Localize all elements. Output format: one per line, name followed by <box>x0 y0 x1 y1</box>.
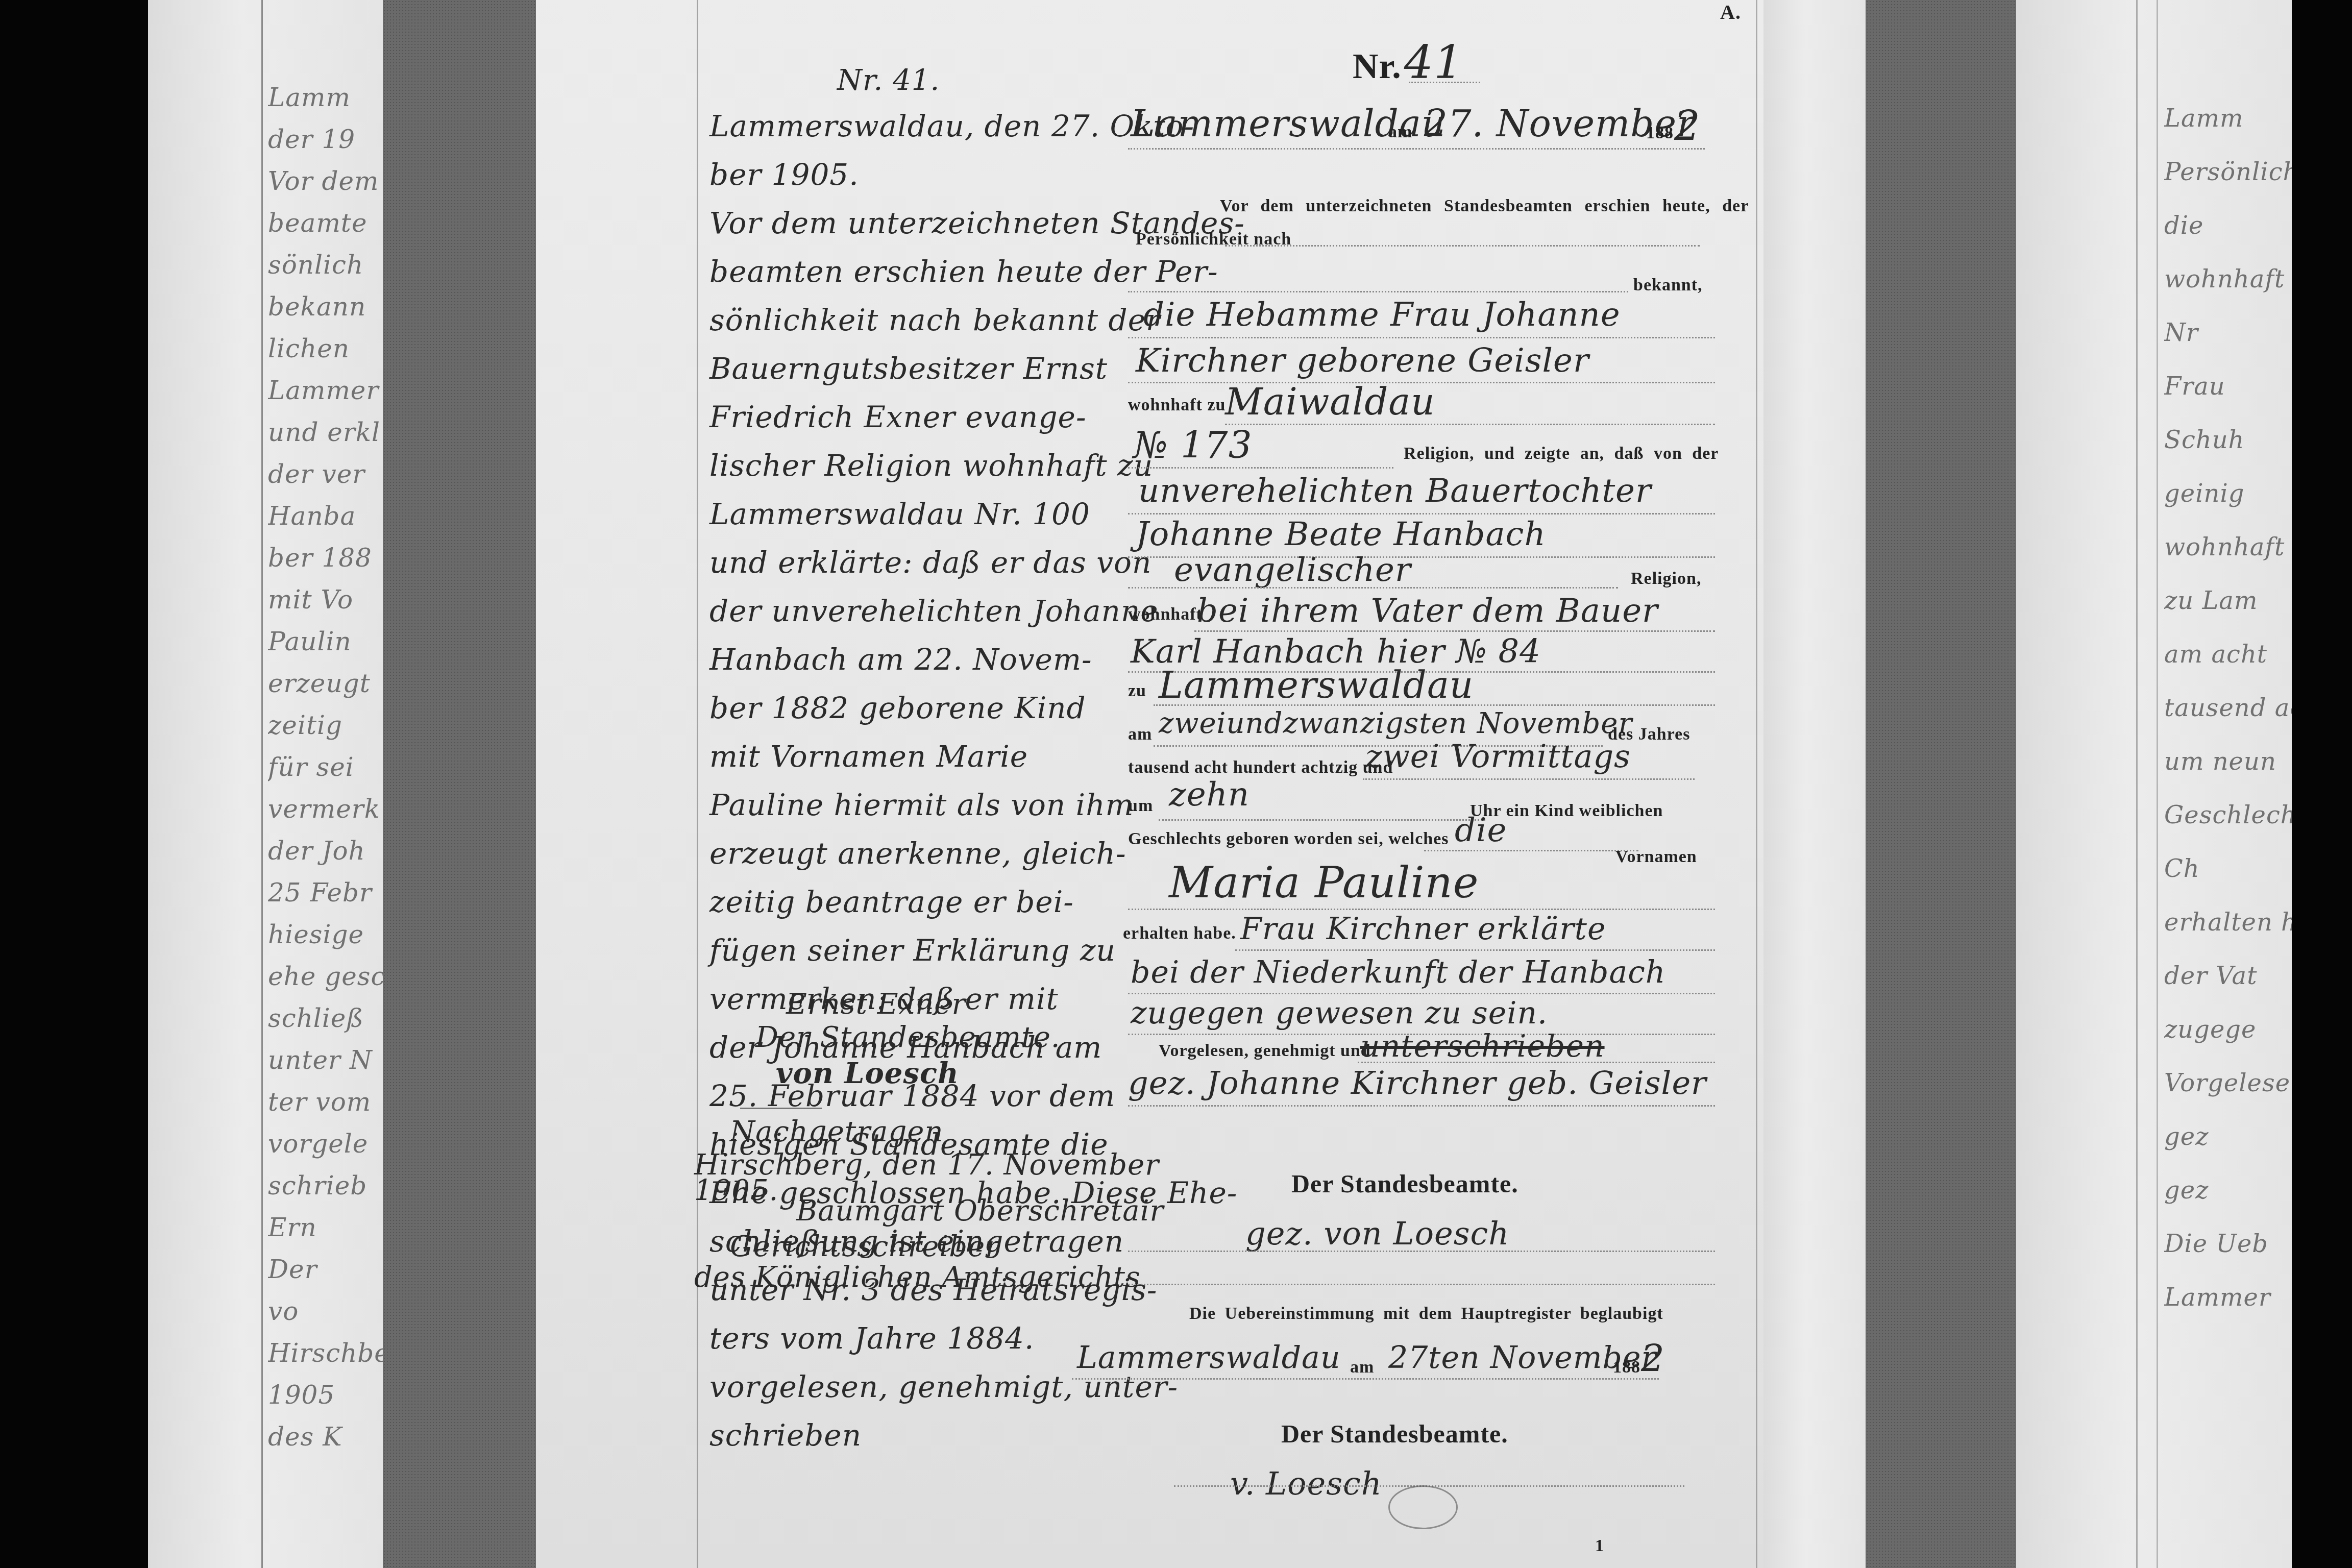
right-page-rule-2 <box>2157 0 2158 1568</box>
right-fragment-line: der Vat <box>2164 949 2292 1003</box>
cert-year-prefix: 188 <box>1613 1358 1640 1377</box>
time-value: zehn <box>1169 776 1249 814</box>
clerk-title: Gerichtsschreiber <box>730 1230 999 1263</box>
right-fragment-line: Frau <box>2164 360 2292 413</box>
right-gap-strip <box>1763 0 1868 1568</box>
registrar-signature: gez. von Loesch <box>1245 1215 1509 1252</box>
right-fragment-line: Ch <box>2164 842 2292 896</box>
right-fragment-line: die <box>2164 199 2292 253</box>
record-number-line <box>1409 82 1480 83</box>
intro-text: Vor dem unterzeichneten Standesbeamten e… <box>1220 197 1749 216</box>
transfer-year: 1905. <box>694 1174 778 1207</box>
margin-official-title: Der Standesbeamte. <box>755 1021 1061 1054</box>
margin-note-line: fügen seiner Erklärung zu <box>709 926 1143 975</box>
margin-note-line: Bauerngutsbesitzer Ernst <box>709 345 1143 393</box>
residence-value: Maiwaldau <box>1225 380 1435 423</box>
left-fragment-line: vermerk <box>268 788 383 830</box>
die-value: die <box>1455 812 1507 849</box>
right-fragment-line: erhalten habe <box>2164 896 2292 949</box>
signature-rule <box>1128 1105 1715 1107</box>
right-fragment-line: Die Ueb <box>2164 1217 2292 1271</box>
margin-note-line: ber 1882 geborene Kind <box>709 684 1143 732</box>
left-fragment-line: für sei <box>268 746 383 788</box>
registrar-heading: Der Standesbeamte. <box>1291 1169 1518 1198</box>
left-fragment-line: schließ <box>268 997 383 1039</box>
left-fragment-line: lichen <box>268 328 383 370</box>
religion-label: Religion, <box>1631 569 1701 589</box>
margin-note-heading: Nr. 41. <box>837 56 940 105</box>
left-fragment-line: unter N <box>268 1039 383 1081</box>
vornamen-label: Vornamen <box>1615 847 1697 867</box>
left-fragment-line: ehe gesc <box>268 955 383 997</box>
house-number: № 173 <box>1133 424 1252 467</box>
film-edge-left <box>0 0 153 1568</box>
clerk-signature: Baumgart Oberschretair <box>796 1194 1164 1228</box>
margin-note-line: Vor dem unterzeichneten Standes- <box>709 199 1143 248</box>
left-fragment-line: Hanba <box>268 495 383 537</box>
declarant-line-2: Kirchner geborene Geisler <box>1136 342 1589 380</box>
right-fragment-line: tausend acht <box>2164 681 2292 735</box>
remark-rule-2 <box>1128 993 1715 994</box>
left-fragment-line: und erkl <box>268 411 383 453</box>
right-fragment-line: geinig <box>2164 467 2292 521</box>
read-value: unterschrieben <box>1360 1028 1605 1064</box>
known-line <box>1128 291 1628 292</box>
gutter-band-left <box>383 0 538 1568</box>
left-page-rule <box>261 0 263 1568</box>
left-fragment-line: Lammer <box>268 370 383 411</box>
mother-religion-rule <box>1128 587 1618 589</box>
right-fragment-line: Schuh <box>2164 413 2292 467</box>
sex-text: Geschlechts geboren worden sei, welches <box>1128 829 1449 849</box>
right-fragment-line: Persönlichkeit <box>2164 145 2292 199</box>
year-suffix: 2 <box>1674 102 1701 150</box>
cert-signature: v. Loesch <box>1230 1465 1382 1502</box>
read-label: Vorgelesen, genehmigt und <box>1159 1041 1371 1061</box>
left-fragment-line: Ern <box>268 1207 383 1248</box>
right-fragment-line: Lamm <box>2164 92 2292 145</box>
die-rule <box>1424 850 1638 851</box>
certification-text: Die Uebereinstimmung mit dem Hauptregist… <box>1189 1304 1663 1324</box>
left-fragment-line: ter vom <box>268 1081 383 1123</box>
remark-rule-1 <box>1235 949 1715 951</box>
left-fragment-line: Der <box>268 1248 383 1290</box>
religion-text: Religion, und zeigte an, daß von der <box>1404 444 1719 463</box>
right-fragment-line: zugege <box>2164 1003 2292 1057</box>
left-fragment-line: bekann <box>268 286 383 328</box>
mother-residence-line-1: bei ihrem Vater dem Bauer <box>1197 592 1658 630</box>
left-fragment-line: hiesige <box>268 914 383 955</box>
declarant-line-1: die Hebamme Frau Johanne <box>1143 296 1621 334</box>
received-label: erhalten habe. <box>1123 924 1236 943</box>
right-fragment-line: gez <box>2164 1110 2292 1164</box>
left-fragment-line: 1905 <box>268 1374 383 1416</box>
gutter-band-right <box>1866 0 2019 1568</box>
film-edge-right <box>2292 0 2352 1568</box>
main-page-right-rule <box>1756 0 1757 1568</box>
mother-line-1-rule <box>1128 513 1715 514</box>
date-am-label: am <box>1388 122 1412 142</box>
right-fragment-line: um neun <box>2164 735 2292 789</box>
margin-note-line: beamten erschien heute der Per- <box>709 248 1143 296</box>
margin-note-line: erzeugt anerkenne, gleich- <box>709 829 1143 878</box>
corner-mark: A. <box>1720 0 1741 24</box>
mother-line-2: Johanne Beate Hanbach <box>1136 516 1546 553</box>
left-fragment-line: Vor dem <box>268 160 383 202</box>
right-fragment-line: wohnhaft zu <box>2164 253 2292 306</box>
remark-line-3: zugegen gewesen zu sein. <box>1131 995 1548 1031</box>
left-fragment-line: schrieb <box>268 1165 383 1207</box>
signature-line: gez. Johanne Kirchner geb. Geisler <box>1128 1064 1707 1101</box>
time-label: um <box>1128 796 1153 816</box>
remark-line-2: bei der Niederkunft der Hanbach <box>1131 954 1666 990</box>
left-fragment-line: vorgele <box>268 1123 383 1165</box>
margin-separator <box>740 1108 822 1109</box>
cert-rule <box>1072 1378 1659 1380</box>
left-fragment-line: Lamm <box>268 77 383 118</box>
margin-note-line: schrieben <box>709 1411 1143 1460</box>
left-fragment-line: des K <box>268 1416 383 1458</box>
birth-place-value: Lammerswaldau <box>1159 664 1474 706</box>
left-fragment-line: der ver <box>268 453 383 495</box>
registrar-rule-1 <box>1128 1251 1715 1252</box>
margin-note-line: Friedrich Exner evange- <box>709 393 1143 442</box>
margin-note-line: Lammerswaldau Nr. 100 <box>709 490 1143 538</box>
mother-line-1: unverehelichten Bauertochter <box>1138 472 1652 510</box>
known-suffix: bekannt, <box>1633 276 1703 295</box>
mother-religion-value: evangelischer <box>1174 551 1411 589</box>
cert-year-suffix: 2 <box>1641 1337 1665 1380</box>
margin-note-line: Lammerswaldau, den 27. Okto- <box>709 102 1143 151</box>
year-value: zwei Vormittags <box>1365 738 1631 775</box>
margin-declarant-signature: Ernst Exner <box>786 988 966 1021</box>
left-fragment-line: der Joh <box>268 830 383 872</box>
mother-residence-rule-1 <box>1194 630 1715 632</box>
margin-note-line: lischer Religion wohnhaft zu <box>709 442 1143 490</box>
left-fragment-line: Hirschbe <box>268 1332 383 1374</box>
right-fragment-line: am acht <box>2164 628 2292 681</box>
left-fragment-line: Paulin <box>268 621 383 663</box>
left-fragment-line: 25 Febr <box>268 872 383 914</box>
page-number: 1 <box>1595 1536 1604 1556</box>
clerk-court: des Königlichen Amtsgerichts <box>694 1261 1141 1294</box>
right-fragment-line: Vorgelesen <box>2164 1057 2292 1110</box>
right-page-rule-1 <box>2136 0 2138 1568</box>
cert-heading: Der Standesbeamte. <box>1281 1419 1508 1449</box>
mother-residence-label: wohnhaft <box>1128 605 1203 624</box>
left-page-fragment: Lammder 19Vor dembeamtesönlichbekannlich… <box>268 77 383 1458</box>
margin-note-line: der unverehelichten Johanne <box>709 587 1143 635</box>
margin-note-line: Hanbach am 22. Novem- <box>709 635 1143 684</box>
right-fragment-line: zu Lam <box>2164 574 2292 628</box>
year-rule <box>1363 778 1695 780</box>
registrar-rule-2 <box>1128 1284 1715 1285</box>
right-fragment-line: Geschlechts gebo <box>2164 789 2292 842</box>
left-fragment-line: ber 188 <box>268 537 383 579</box>
place-label: zu <box>1128 681 1146 701</box>
declarant-line-1-rule <box>1128 337 1715 338</box>
left-fragment-line: beamte <box>268 202 383 244</box>
personality-line <box>1225 245 1700 247</box>
main-page-margin-rule <box>697 0 698 1568</box>
margin-note-line: zeitig beantrage er bei- <box>709 878 1143 926</box>
margin-note-line: und erklärte: daß er das von <box>709 538 1143 587</box>
right-page-fragment: LammPersönlichkeitdiewohnhaft zuNrFrauSc… <box>2164 92 2292 1325</box>
left-fragment-line: mit Vo <box>268 579 383 621</box>
birth-day-label: am <box>1128 725 1152 744</box>
margin-note-line: ber 1905. <box>709 151 1143 199</box>
time-rule <box>1159 819 1485 821</box>
right-fragment-line: Nr <box>2164 306 2292 360</box>
left-fragment-line: zeitig <box>268 704 383 746</box>
year-prefix: 188 <box>1646 124 1674 143</box>
transfer-note: Nachgetragen <box>730 1115 944 1148</box>
left-fragment-line: erzeugt <box>268 663 383 704</box>
place-date-line <box>1128 148 1705 150</box>
margin-note-line: sönlichkeit nach bekannt der <box>709 296 1143 345</box>
year-text: tausend acht hundert achtzig und <box>1128 758 1393 777</box>
residence-rule <box>1225 424 1715 425</box>
right-fragment-line: Lammer <box>2164 1271 2292 1325</box>
birth-day-value: zweiundzwanzigsten November <box>1159 707 1632 740</box>
child-names: Maria Pauline <box>1169 857 1479 908</box>
house-number-rule <box>1128 467 1393 469</box>
child-names-rule <box>1128 909 1715 910</box>
margin-note-line: mit Vornamen Marie <box>709 732 1143 781</box>
cert-am: am <box>1350 1358 1374 1377</box>
residence-label: wohnhaft zu <box>1128 396 1226 415</box>
margin-note-line: Pauline hiermit als von ihm <box>709 781 1143 829</box>
left-fragment-line: sönlich <box>268 244 383 286</box>
left-fragment-line: der 19 <box>268 118 383 160</box>
cert-place: Lammerswaldau <box>1077 1340 1341 1376</box>
birth-place-rule <box>1154 704 1715 706</box>
read-rule <box>1358 1062 1715 1063</box>
left-fragment-line: vo <box>268 1290 383 1332</box>
margin-official-signature: von Loesch <box>776 1057 959 1090</box>
right-fragment-line: wohnhaft <box>2164 521 2292 574</box>
right-fragment-line: gez <box>2164 1164 2292 1217</box>
seal-flourish <box>1388 1485 1458 1529</box>
remark-line-1: Frau Kirchner erklärte <box>1240 911 1606 947</box>
record-number-label: Nr. <box>1353 47 1402 86</box>
